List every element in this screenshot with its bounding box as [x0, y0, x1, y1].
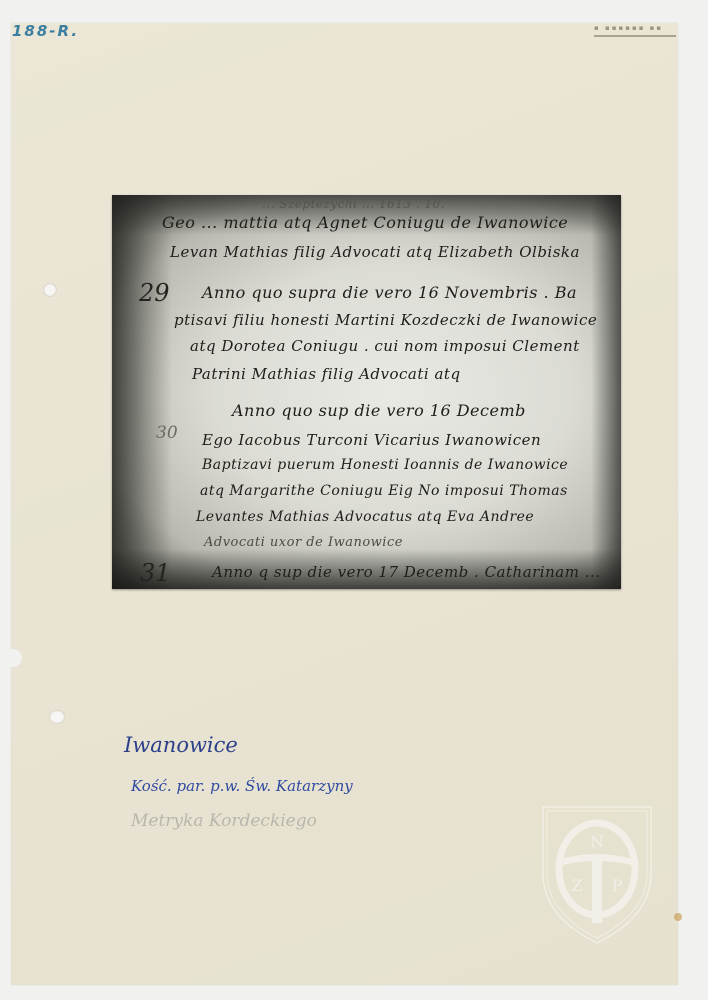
edge-notch [4, 649, 22, 667]
paper-stain [674, 913, 682, 921]
svg-text:P: P [612, 876, 623, 895]
manuscript-line: Anno quo sup die vero 16 Decemb [232, 401, 526, 420]
place-name-note: Iwanowice [124, 733, 238, 757]
entry-number: 29 [139, 279, 170, 307]
manuscript-line: atq Margarithe Coniugu Eig No imposui Th… [200, 483, 568, 499]
manuscript-line: Patrini Mathias filig Advocati atq [192, 365, 461, 383]
author-pencil-note: Metryka Kordeckiego [131, 811, 317, 831]
manuscript-line: Levan Mathias filig Advocati atq Elizabe… [170, 243, 580, 261]
svg-text:N: N [590, 832, 604, 851]
punch-hole [43, 283, 57, 297]
manuscript-line: Anno quo supra die vero 16 Novembris . B… [202, 283, 577, 302]
manuscript-line: Anno q sup die vero 17 Decemb . Catharin… [212, 563, 601, 581]
manuscript-line: Advocati uxor de Iwanowice [204, 535, 403, 550]
manuscript-line: ptisavi filiu honesti Martini Kozdeczki … [174, 311, 597, 329]
shield-watermark-icon: N Z P [539, 803, 655, 945]
manuscript-line: ... Szeptezychi ... 1613 . 10. [262, 197, 445, 211]
catalog-number: 188-R. [12, 22, 79, 40]
manuscript-line: Geo ... mattia atq Agnet Coniugu de Iwan… [162, 213, 568, 232]
manuscript-line: Levantes Mathias Advocatus atq Eva Andre… [196, 509, 534, 525]
manuscript-line: Ego Iacobus Turconi Vicarius Iwanowicen [202, 431, 541, 449]
punch-hole [49, 710, 65, 724]
top-right-label: ▪ ▪▪▪▪▪▪ ▪▪ [594, 23, 676, 37]
entry-number: 31 [140, 559, 171, 587]
manuscript-photograph: 29 30 31 ... Szeptezychi ... 1613 . 10. … [112, 195, 621, 589]
entry-number: 30 [156, 423, 178, 443]
manuscript-line: atq Dorotea Coniugu . cui nom imposui Cl… [190, 337, 580, 355]
manuscript-line: Baptizavi puerum Honesti Ioannis de Iwan… [202, 457, 568, 473]
church-note: Kość. par. p.w. Św. Katarzyny [131, 777, 353, 795]
svg-text:Z: Z [571, 876, 582, 895]
